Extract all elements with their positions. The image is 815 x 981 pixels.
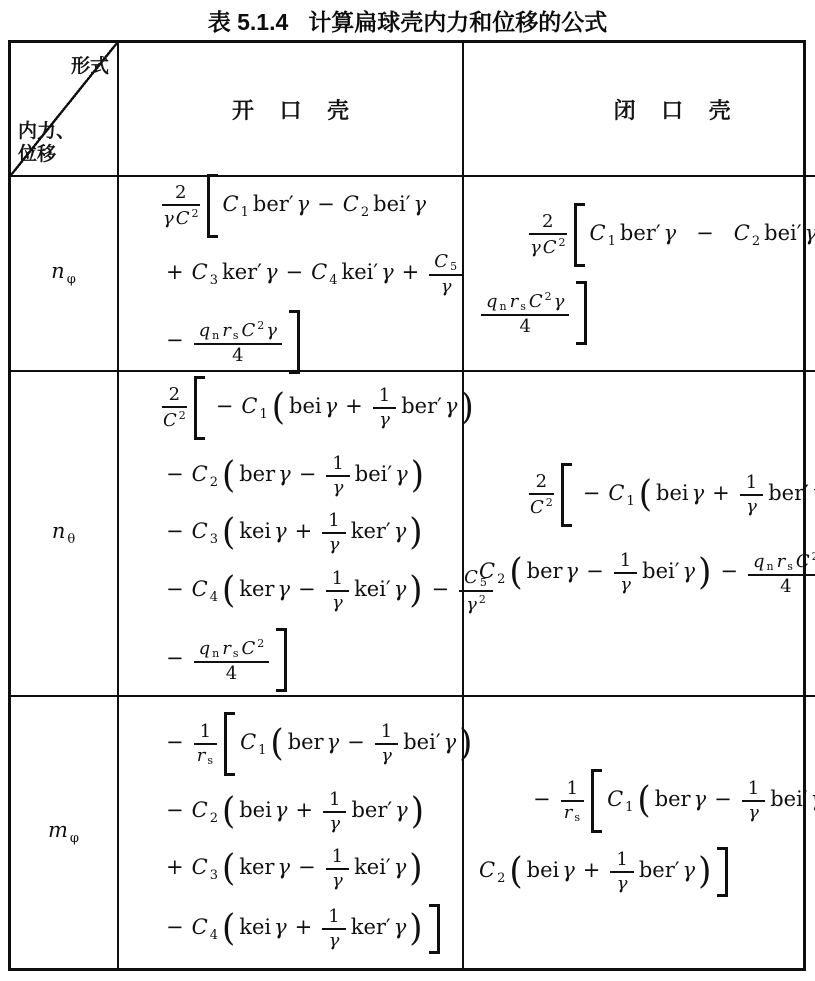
formula-line: −C4(keiγ+1γker′γ): [159, 904, 456, 954]
corner-header-cell: 形式 内力、 位移: [11, 43, 117, 175]
open-bracket: [591, 769, 602, 833]
formula-line: −C3(keiγ+1γker′γ): [159, 511, 456, 554]
formula-n-theta-closed-shell: 2C2−C1(beiγ+1γber′γ)−C2(berγ−1γbei′γ)−qn…: [462, 370, 815, 695]
row-label-n-theta: nθ: [11, 370, 117, 695]
close-bracket: [429, 904, 440, 954]
formula-line: C2(berγ−1γbei′γ)−qnrsC24: [478, 541, 815, 605]
close-bracket: [289, 310, 300, 374]
formula-line: −C2(beiγ+1γber′γ): [159, 790, 456, 833]
corner-label-form: 形式: [71, 55, 109, 79]
formula-line: 2C2−C1(beiγ+1γber′γ)−: [526, 463, 815, 527]
close-bracket: [276, 628, 287, 692]
formula-line: 2C2−C1(beiγ+1γber′γ): [159, 376, 456, 440]
row-label-n-phi: nφ: [11, 175, 117, 370]
formula-line: −qnrsC2γ4: [159, 310, 456, 374]
formula-line: −C2(berγ−1γbei′γ): [159, 454, 456, 497]
table-title-text: 计算扁球壳内力和位移的公式: [308, 9, 607, 35]
open-bracket: [194, 376, 205, 440]
formula-n-theta-open-shell: 2C2−C1(beiγ+1γber′γ)−C2(berγ−1γbei′γ)−C3…: [117, 370, 462, 695]
scanned-document-page: 表 5.1.4计算扁球壳内力和位移的公式 形式 内力、 位移 开 口 壳 闭 口…: [0, 0, 815, 981]
open-bracket: [207, 174, 218, 238]
formula-line: mφ: [47, 820, 81, 845]
formula-line: −qnrsC24: [159, 628, 456, 692]
open-bracket: [561, 463, 572, 527]
formula-line: nφ: [50, 261, 78, 286]
corner-label-force-displacement: 内力、 位移: [18, 120, 75, 168]
formula-line: C2(beiγ+1γber′γ): [478, 847, 815, 897]
close-bracket: [717, 847, 728, 897]
formula-line: 2γC2C1ber′γ−C2bei′γ: [159, 174, 456, 238]
open-bracket: [224, 712, 235, 776]
formula-line: −1rsC1(berγ−1γbei′γ): [159, 712, 456, 776]
formula-line: +C3ker′γ−C4kei′γ+C5γ: [159, 252, 456, 296]
formula-line: −C4(kerγ−1γkei′γ)−C5γ2: [159, 568, 456, 614]
formula-line: 2γC2C1ber′γ−C2bei′γ−: [526, 203, 815, 267]
corner-label-line1: 内力、: [18, 120, 75, 144]
formula-line: +C3(kerγ−1γkei′γ): [159, 847, 456, 890]
corner-label-line2: 位移: [18, 143, 75, 167]
column-header-closed-shell: 闭 口 壳: [462, 43, 815, 175]
formula-table: 形式 内力、 位移 开 口 壳 闭 口 壳 nφ 2γC2C1ber′γ−C2b…: [8, 40, 806, 971]
column-header-open-shell: 开 口 壳: [117, 43, 462, 175]
row-label-m-phi: mφ: [11, 695, 117, 968]
formula-m-phi-closed-shell: −1rsC1(berγ−1γbei′γ)−C2(beiγ+1γber′γ): [462, 695, 815, 968]
formula-n-phi-closed-shell: 2γC2C1ber′γ−C2bei′γ−qnrsC2γ4: [462, 175, 815, 370]
table-title: 表 5.1.4计算扁球壳内力和位移的公式: [0, 4, 815, 37]
close-bracket: [576, 281, 587, 345]
formula-line: nθ: [51, 521, 77, 546]
formula-line: qnrsC2γ4: [478, 281, 815, 345]
formula-m-phi-open-shell: −1rsC1(berγ−1γbei′γ)−C2(beiγ+1γber′γ)+C3…: [117, 695, 462, 968]
formula-line: −1rsC1(berγ−1γbei′γ)−: [526, 769, 815, 833]
table-number: 表 5.1.4: [208, 9, 289, 35]
formula-n-phi-open-shell: 2γC2C1ber′γ−C2bei′γ+C3ker′γ−C4kei′γ+C5γ−…: [117, 175, 462, 370]
open-bracket: [574, 203, 585, 267]
